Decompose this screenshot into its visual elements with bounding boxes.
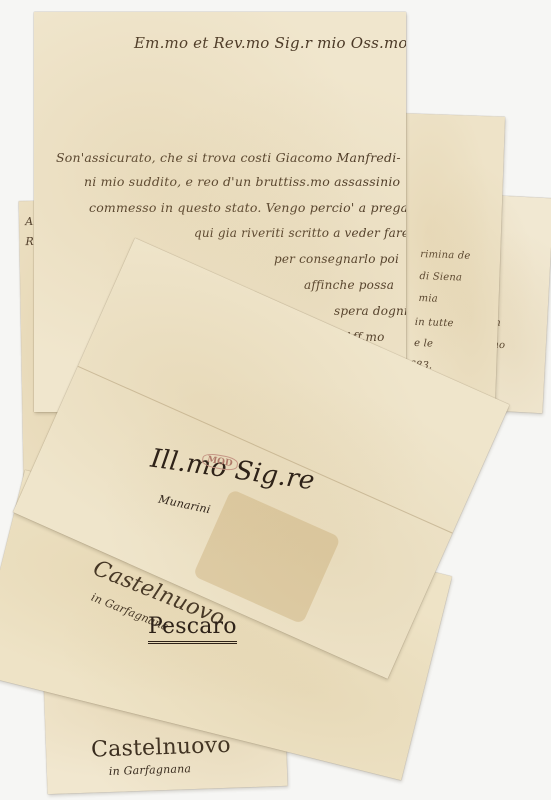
- middle-right-line-3: mia: [418, 293, 438, 305]
- middle-right-line-1: rimina de: [420, 249, 471, 262]
- cover-3-region: in Garfagnana: [109, 762, 192, 778]
- top-letter-body-line-5: per consegnarlo poi: [274, 252, 399, 266]
- top-letter-body-line-7: spera dogni: [334, 304, 406, 318]
- cover-3-town: Castelnuovo: [91, 733, 231, 763]
- top-letter-salutation: Em.mo et Rev.mo Sig.r mio Oss.mo: [134, 34, 406, 52]
- top-letter-body-line-2: ni mio suddito, e reo d'un bruttiss.mo a…: [84, 174, 400, 189]
- top-letter-body-line-6: affinche possa: [304, 278, 394, 292]
- middle-right-line-5: e le: [414, 338, 433, 350]
- middle-right-line-2: di Siena: [419, 271, 462, 283]
- top-letter-body-line-1: Son'assicurato, che si trova costi Giaco…: [56, 150, 401, 165]
- top-letter-body-line-4: qui gia riveriti scritto a veder fare e: [194, 226, 406, 240]
- cover-2-extra-name: Pescaro: [148, 614, 237, 644]
- middle-right-line-4: in tutte: [415, 317, 454, 329]
- top-letter-body-line-3: commesso in questo stato. Vengo percio' …: [89, 200, 406, 215]
